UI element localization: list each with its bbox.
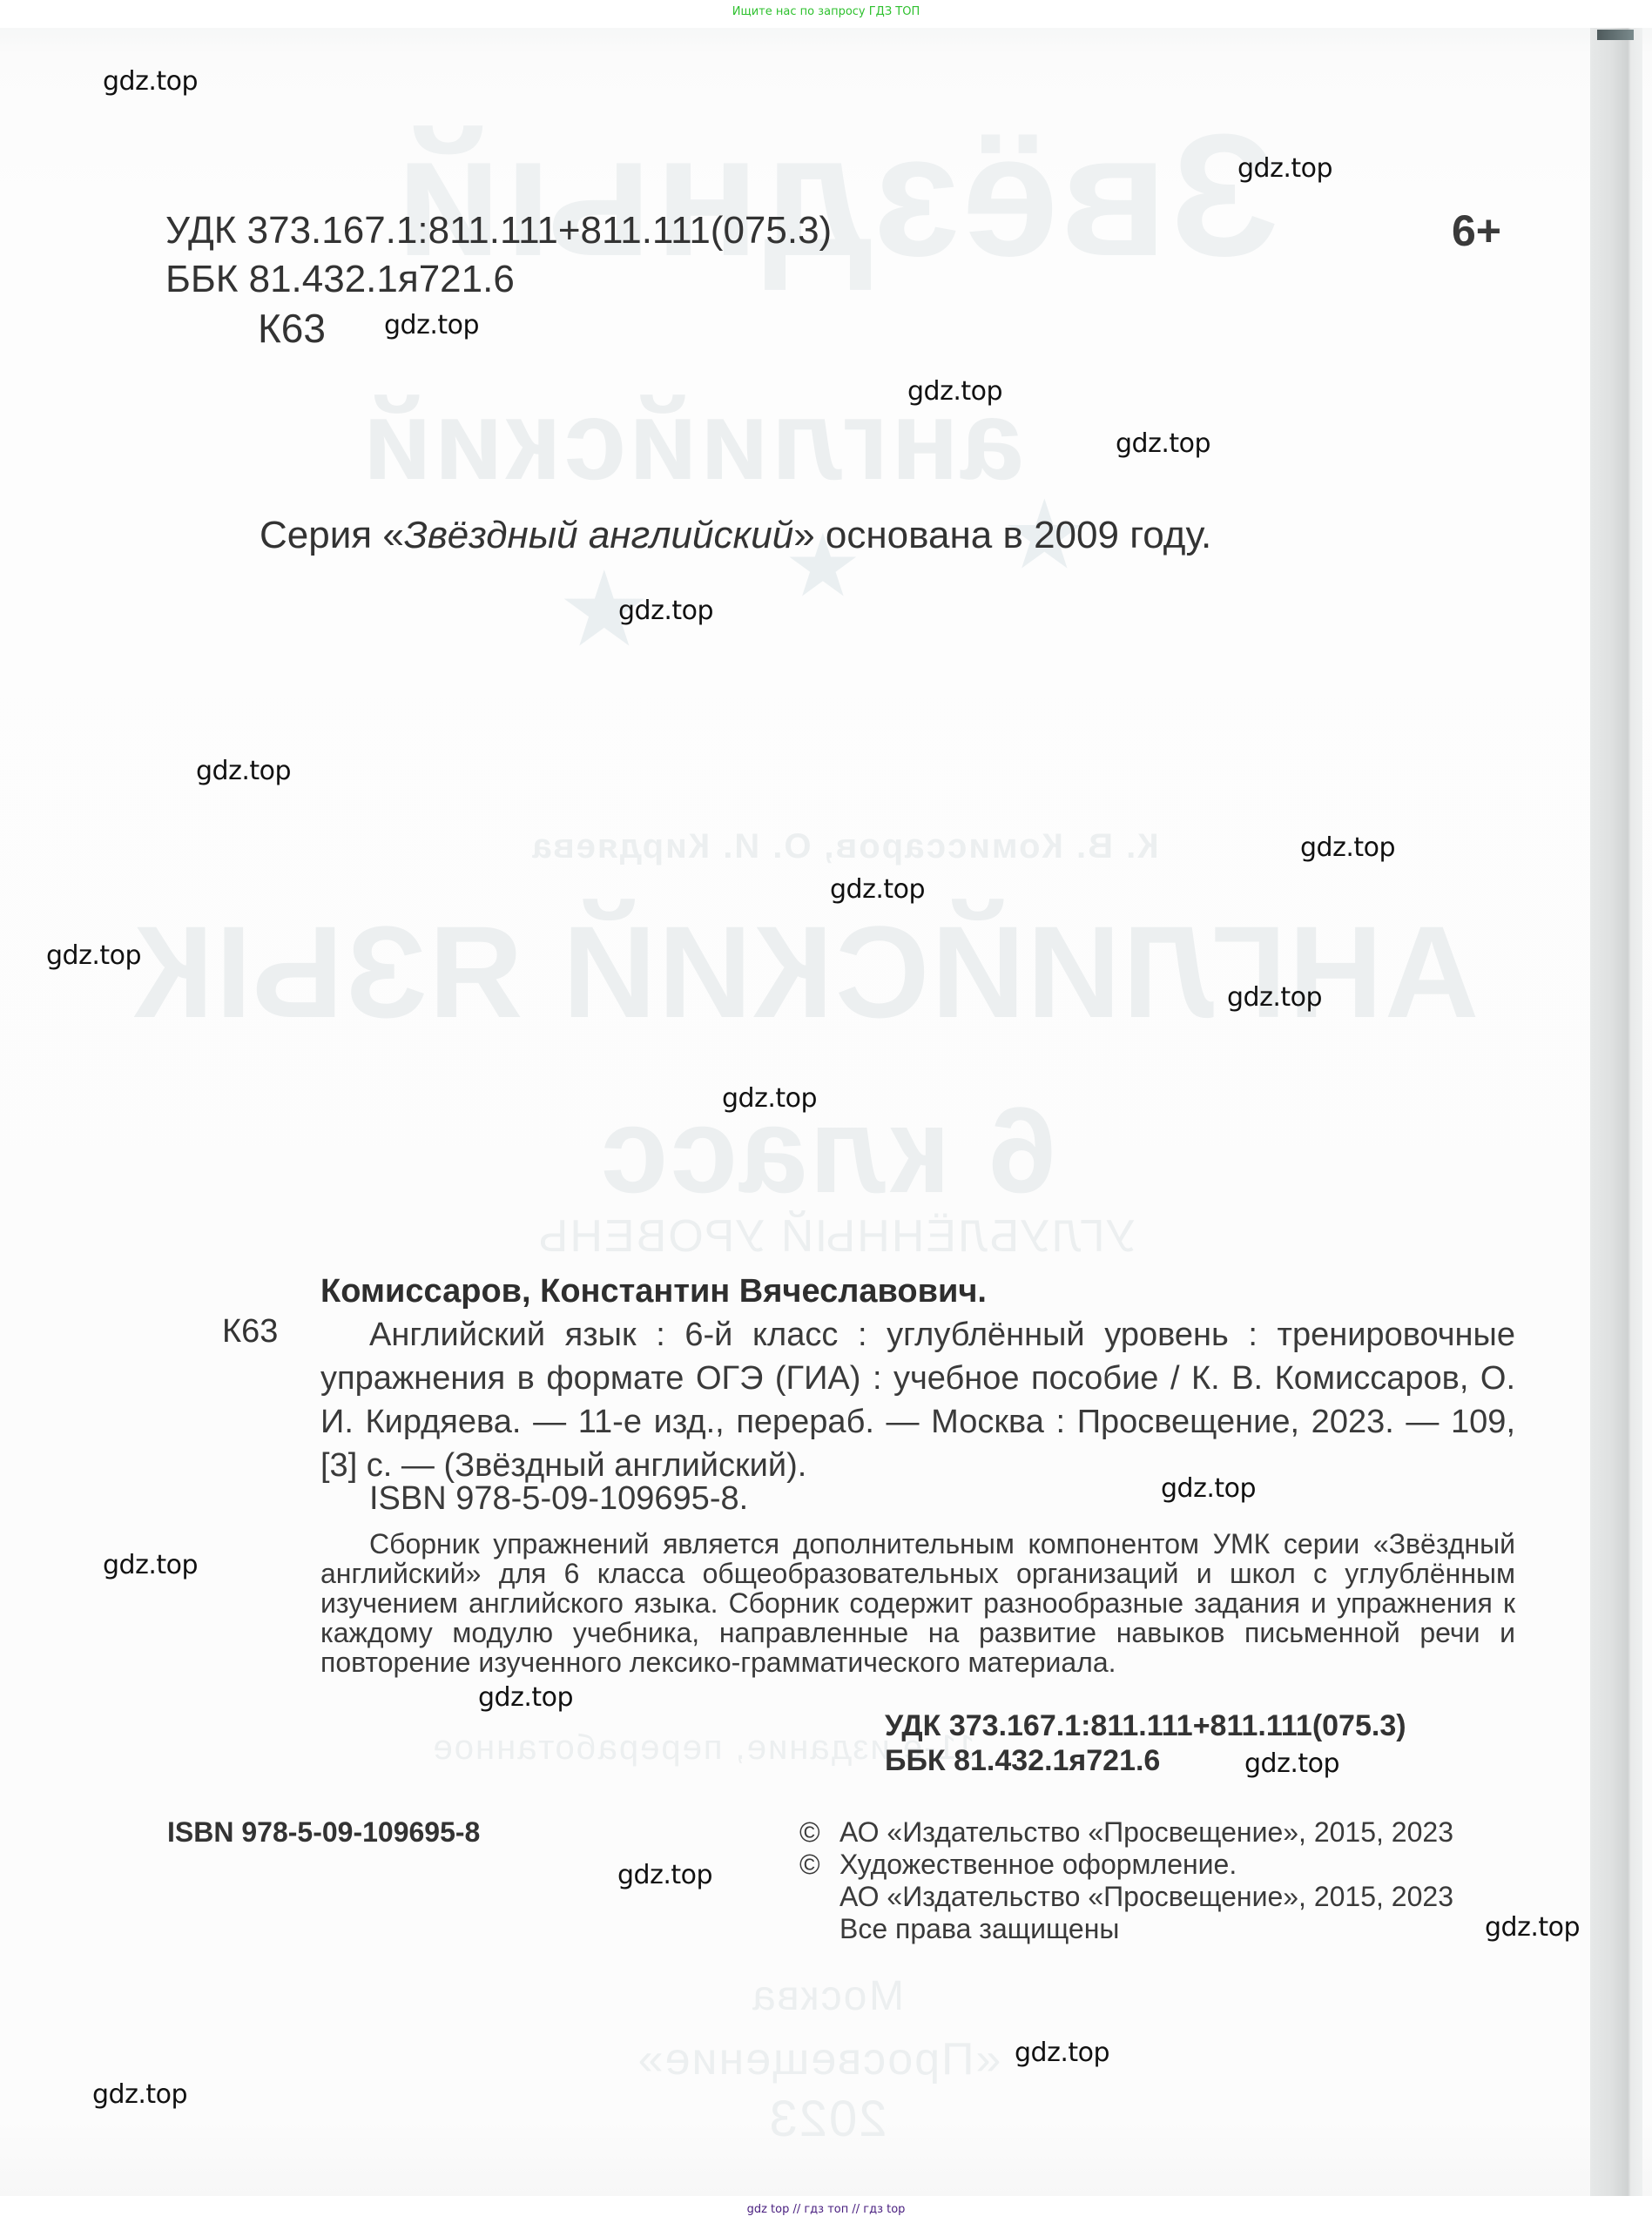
watermark: gdz.top — [618, 596, 713, 626]
watermark: gdz.top — [103, 1550, 198, 1580]
catalog-isbn: ISBN 978-5-09-109695-8. — [369, 1480, 748, 1518]
ghost-authors: К. В. Комиссаров, О. И. Кирдяева — [453, 827, 1237, 866]
watermark: gdz.top — [1015, 2038, 1109, 2068]
watermark: gdz.top — [1161, 1473, 1256, 1504]
watermark: gdz.top — [103, 66, 198, 97]
ghost-level: УГЛУБЛЁННЫЙ УРОВЕНЬ — [488, 1210, 1184, 1263]
series-note: Серия «Звёздный английский» основана в 2… — [260, 514, 1211, 557]
watermark: gdz.top — [830, 874, 925, 905]
catalog-annotation: Сборник упражнений является дополнительн… — [320, 1529, 1515, 1677]
bbk-code: ББК 81.432.1я721.6 — [165, 258, 515, 301]
copyright-icon: © — [799, 1816, 839, 1849]
ghost-publisher: «Просвещение» — [610, 2033, 1028, 2085]
bottom-footer: gdz top // гдз топ // гдз top — [0, 2196, 1652, 2223]
series-name: Звёздный английский — [404, 514, 793, 556]
copyright-spacer — [799, 1881, 839, 1913]
catalog-bbk: ББК 81.432.1я721.6 — [885, 1744, 1160, 1778]
copyright-block: © АО «Издательство «Просвещение», 2015, … — [799, 1816, 1453, 1945]
ghost-city: Москва — [679, 1972, 975, 2020]
copyright-line: Все права защищены — [799, 1913, 1453, 1945]
catalog-udk: УДК 373.167.1:811.111+811.111(075.3) — [885, 1709, 1406, 1743]
copyright-icon: © — [799, 1849, 839, 1881]
rights-reserved: Все права защищены — [839, 1913, 1119, 1945]
author-index: К63 — [258, 305, 326, 352]
copyright-spacer — [799, 1913, 839, 1945]
copyright-line: © Художественное оформление. — [799, 1849, 1453, 1881]
top-banner: Ищите нас по запросу ГДЗ ТОП — [0, 0, 1652, 26]
copyright-text: Художественное оформление. — [839, 1849, 1237, 1881]
watermark: gdz.top — [1237, 153, 1332, 184]
watermark: gdz.top — [617, 1860, 712, 1890]
book-spine-edge — [1590, 28, 1642, 2196]
watermark: gdz.top — [196, 756, 291, 786]
copyright-text: АО «Издательство «Просвещение», 2015, 20… — [839, 1816, 1453, 1849]
catalog-index: К63 — [222, 1313, 278, 1351]
copyright-line: АО «Издательство «Просвещение», 2015, 20… — [799, 1881, 1453, 1913]
watermark: gdz.top — [1485, 1912, 1580, 1943]
copyright-line: © АО «Издательство «Просвещение», 2015, … — [799, 1816, 1453, 1849]
watermark: gdz.top — [384, 310, 479, 340]
watermark: gdz.top — [1227, 982, 1322, 1013]
ghost-title: АНГЛИЙСКИЙ ЯЗЫК — [113, 897, 1498, 1048]
isbn: ISBN 978-5-09-109695-8 — [167, 1816, 480, 1849]
watermark: gdz.top — [46, 940, 141, 971]
catalog-author: Комиссаров, Константин Вячеславович. — [320, 1273, 987, 1310]
watermark: gdz.top — [907, 376, 1002, 407]
copyright-text: АО «Издательство «Просвещение», 2015, 20… — [839, 1881, 1453, 1913]
series-note-suffix: » основана в 2009 году. — [793, 514, 1211, 556]
age-rating: 6+ — [1452, 205, 1501, 256]
ghost-grade: 6 класс — [523, 1080, 1132, 1221]
series-note-prefix: Серия « — [260, 514, 404, 556]
ghost-year: 2023 — [723, 2090, 932, 2148]
udk-code: УДК 373.167.1:811.111+811.111(075.3) — [165, 209, 832, 253]
watermark: gdz.top — [92, 2079, 187, 2110]
watermark: gdz.top — [478, 1682, 573, 1713]
watermark: gdz.top — [1300, 832, 1395, 863]
watermark: gdz.top — [1116, 428, 1210, 459]
catalog-description: Английский язык : 6-й класс : углублённы… — [320, 1313, 1515, 1487]
watermark: gdz.top — [722, 1083, 817, 1114]
watermark: gdz.top — [1244, 1748, 1339, 1779]
book-spine-shadow — [1597, 30, 1634, 40]
